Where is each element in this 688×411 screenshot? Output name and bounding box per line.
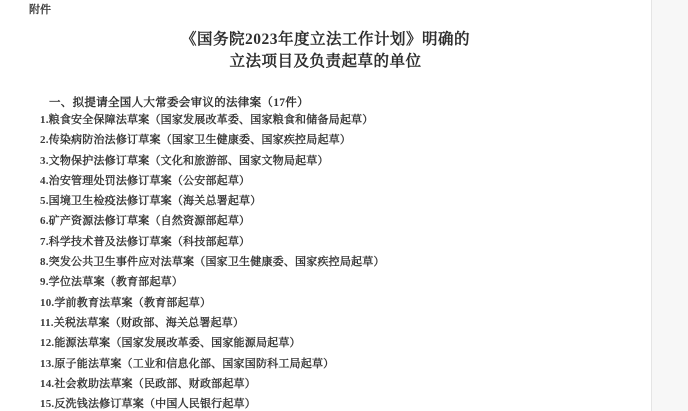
law-item: 8.突发公共卫生事件应对法草案（国家卫生健康委、国家疾控局起草） bbox=[40, 252, 630, 272]
law-item: 4.治安管理处罚法修订草案（公安部起草） bbox=[40, 171, 630, 191]
law-item: 11.关税法草案（财政部、海关总署起草） bbox=[40, 313, 630, 333]
document-title: 《国务院2023年度立法工作计划》明确的 立法项目及负责起草的单位 bbox=[0, 29, 651, 73]
document-title-line-2: 立法项目及负责起草的单位 bbox=[0, 51, 651, 73]
document-page: 附件 《国务院2023年度立法工作计划》明确的 立法项目及负责起草的单位 一、拟… bbox=[0, 0, 652, 411]
law-item: 2.传染病防治法修订草案（国家卫生健康委、国家疾控局起草） bbox=[40, 130, 630, 150]
law-item: 9.学位法草案（教育部起草） bbox=[40, 272, 630, 292]
law-item: 14.社会救助法草案（民政部、财政部起草） bbox=[40, 374, 630, 394]
law-item: 3.文物保护法修订草案（文化和旅游部、国家文物局起草） bbox=[40, 151, 630, 171]
attachment-label: 附件 bbox=[29, 1, 51, 17]
document-title-line-1: 《国务院2023年度立法工作计划》明确的 bbox=[0, 29, 651, 51]
viewer-gutter bbox=[652, 0, 688, 411]
law-item: 15.反洗钱法修订草案（中国人民银行起草） bbox=[40, 394, 630, 411]
law-item: 7.科学技术普及法修订草案（科技部起草） bbox=[40, 232, 630, 252]
law-item: 13.原子能法草案（工业和信息化部、国家国防科工局起草） bbox=[40, 354, 630, 374]
law-item: 1.粮食安全保障法草案（国家发展改革委、国家粮食和储备局起草） bbox=[40, 110, 630, 130]
law-item: 6.矿产资源法修订草案（自然资源部起草） bbox=[40, 211, 630, 231]
law-item-list: 1.粮食安全保障法草案（国家发展改革委、国家粮食和储备局起草） 2.传染病防治法… bbox=[40, 110, 630, 411]
law-item: 12.能源法草案（国家发展改革委、国家能源局起草） bbox=[40, 333, 630, 353]
section-1-heading: 一、拟提请全国人大常委会审议的法律案（17件） bbox=[49, 94, 309, 110]
law-item: 10.学前教育法草案（教育部起草） bbox=[40, 293, 630, 313]
law-item: 5.国境卫生检疫法修订草案（海关总署起草） bbox=[40, 191, 630, 211]
